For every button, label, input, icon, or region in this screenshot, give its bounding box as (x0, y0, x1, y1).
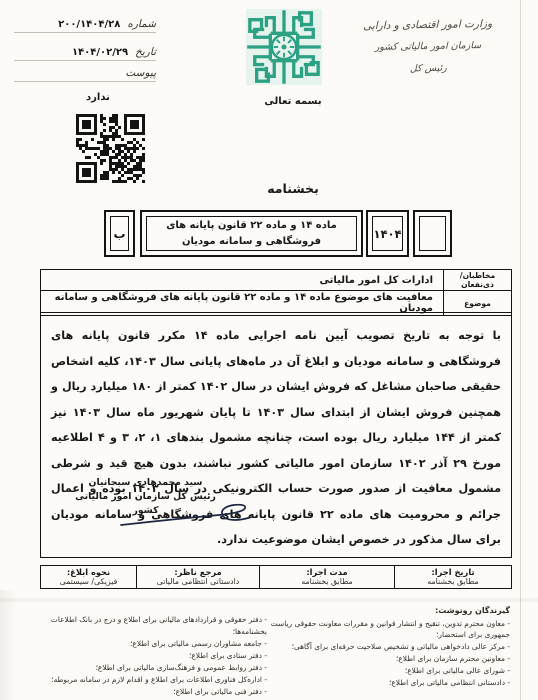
execution-date-label: تاریخ اجرا: (395, 567, 511, 577)
attachment-label: پیوست (125, 67, 156, 79)
cc-item: - دفتر حقوقی و قراردادهای مالیاتی برای ا… (24, 614, 267, 637)
bismillah-text: بسمه تعالی (248, 96, 338, 107)
execution-duration-value: مطابق بخشنامه (260, 577, 394, 587)
execution-date-cell: تاریخ اجرا: مطابق بخشنامه (394, 566, 511, 588)
ministry-name: وزارت امور اقتصادی و دارایی (343, 13, 511, 38)
supervisor-value: دادستانی انتظامی مالیاتی (137, 577, 259, 587)
signer-name: سید محمدهادی سبحانیان (63, 476, 228, 490)
tax-organization-logo-icon (243, 6, 325, 88)
execution-duration-cell: مدت اجرا: مطابق بخشنامه (259, 566, 394, 588)
date-value: ۱۴۰۴/۰۲/۲۹ (72, 47, 128, 58)
cc-item: - اداره‌کل فناوری اطلاعات برای اطلاع و ا… (24, 674, 267, 686)
classification-category-box: ب (104, 210, 135, 257)
classification-subject-box: ماده ۱۴ و ماده ۲۲ قانون پایانه های فروشگ… (140, 210, 363, 257)
ref-attachment-row: پیوست (14, 62, 156, 82)
doc-type-title: بخشنامه (248, 181, 338, 196)
cc-item: - شورای عالی مالیاتی برای اطلاع؛ (270, 665, 510, 676)
cc-item: - معاون محترم تدوین، تنقیح و انتشار قوان… (270, 618, 510, 640)
cc-item: - جامعه مشاوران رسمی مالیاتی برای اطلاع؛ (24, 638, 267, 650)
attachment-status: ندارد (86, 92, 110, 103)
scan-corner-shade (0, 590, 16, 700)
execution-info-table: تاریخ اجرا: مطابق بخشنامه مدت اجرا: مطاب… (40, 565, 512, 589)
scan-smudge (0, 598, 538, 602)
cc-list-right: گیرندگان رونوشت: - معاون محترم تدوین، تن… (270, 605, 510, 689)
supervisor-cell: مرجع ناظر: دادستانی انتظامی مالیاتی (136, 566, 259, 588)
supervisor-label: مرجع ناظر: (137, 567, 259, 577)
cc-item: - دادستانی انتظامی مالیاتی برای اطلاع؛ (270, 677, 510, 688)
ref-date-row: تاریخ ۱۴۰۴/۰۲/۲۹ (14, 41, 156, 61)
classification-serial-box (413, 210, 452, 257)
cc-item: - دفتر فنی مالیاتی برای اطلاع؛ (24, 686, 267, 698)
cc-item: - دفتر ستادی برای اطلاع؛ (24, 650, 267, 662)
notification-method-value: فیزیکی/ سیستمی (41, 577, 136, 587)
notification-method-label: نحوه ابلاغ: (41, 567, 136, 577)
qr-code (76, 114, 145, 183)
addressee-table: مخاطبان/ذی‌نفعان ادارات کل امور مالیاتی … (40, 269, 512, 316)
cc-item: - دفتر روابط عمومی و فرهنگ‌سازی مالیاتی … (24, 662, 267, 674)
classification-year-box: ۱۴۰۴ (366, 210, 409, 257)
execution-duration-label: مدت اجرا: (260, 567, 394, 577)
ref-number-row: شماره ۲۰۰/۱۴۰۴/۲۸ (14, 13, 156, 33)
organization-name: سازمان امور مالیاتی کشور (344, 35, 512, 60)
scan-edge-line (520, 0, 521, 700)
addressee-value: ادارات کل امور مالیاتی (41, 270, 443, 291)
execution-date-value: مطابق بخشنامه (395, 577, 511, 587)
body-box: با توجه به تاریخ تصویب آیین نامه اجرایی … (40, 312, 512, 558)
date-label: تاریخ (135, 46, 156, 58)
letterhead-ministry: وزارت امور اقتصادی و دارایی سازمان امور … (343, 13, 512, 82)
cc-item: - مرکز عالی دادخواهی مالیاتی و تشخیص صلا… (270, 641, 510, 652)
signature-scribble-icon (119, 501, 253, 537)
cc-list-left: - دفتر حقوقی و قراردادهای مالیاتی برای ا… (24, 614, 267, 698)
office-title: رئیس کل (344, 57, 512, 82)
addressee-label: مخاطبان/ذی‌نفعان (443, 270, 511, 291)
cc-item: - معاونین محترم سازمان برای اطلاع؛ (270, 653, 510, 664)
circular-document-page: وزارت امور اقتصادی و دارایی سازمان امور … (0, 0, 538, 700)
number-label: شماره (127, 18, 156, 30)
notification-method-cell: نحوه ابلاغ: فیزیکی/ سیستمی (41, 566, 136, 588)
cc-heading: گیرندگان رونوشت: (270, 605, 510, 616)
number-value: ۲۰۰/۱۴۰۴/۲۸ (58, 19, 120, 30)
